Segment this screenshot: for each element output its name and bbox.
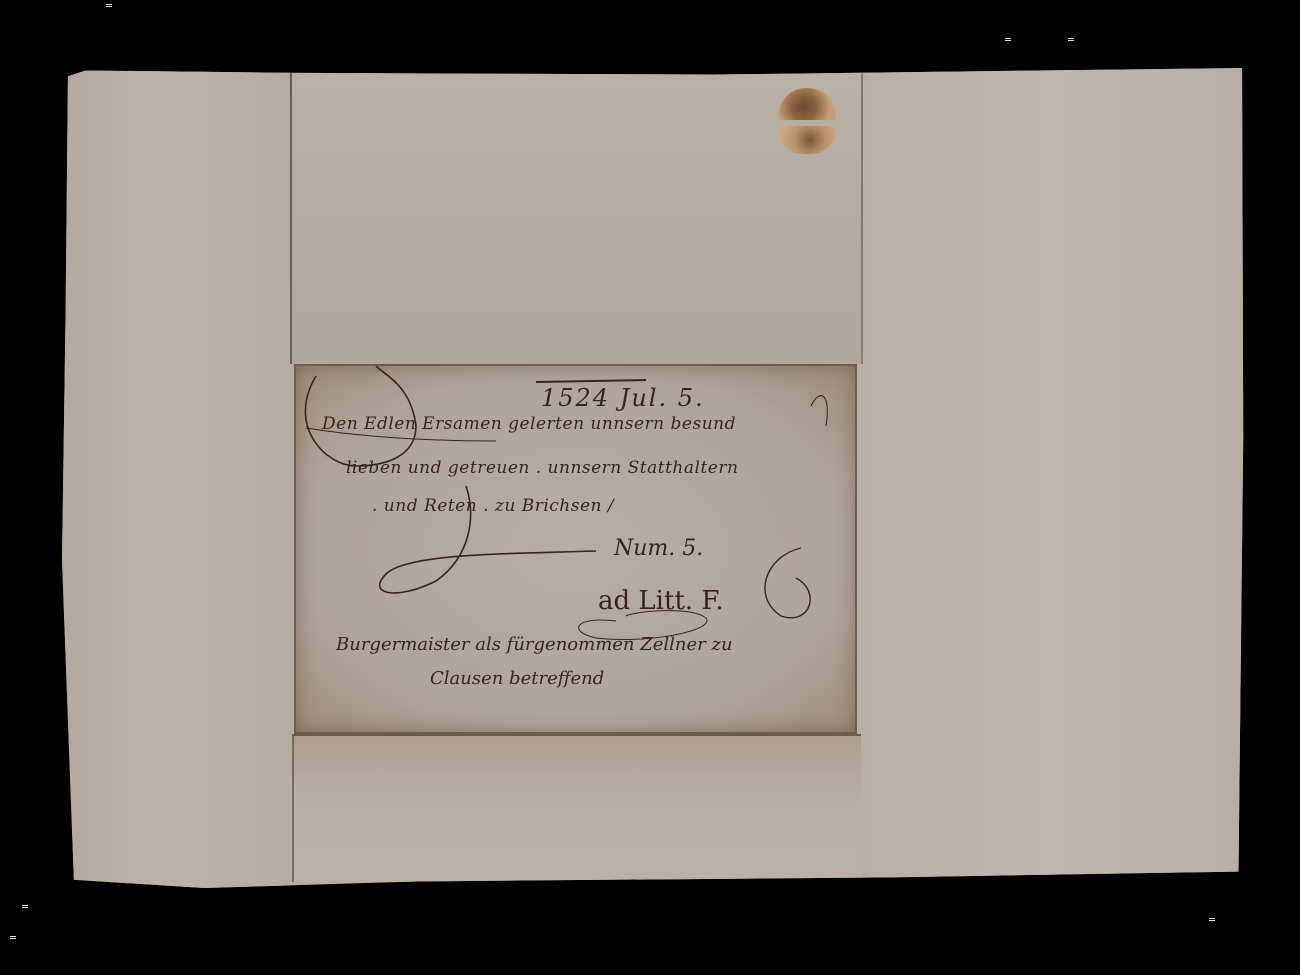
scan-artifact [1005, 38, 1011, 42]
bottom-fold-panel [292, 734, 861, 882]
address-line-2: lieben und getreuen . unnsern Statthalte… [346, 458, 738, 478]
address-line-1: Den Edlen Ersamen gelerten unnsern besun… [322, 414, 736, 434]
endorsement-line-2: Clausen betreffend [430, 668, 604, 689]
date-note: 1524 Jul. 5. [541, 384, 705, 412]
letter-sheet: 1524 Jul. 5. Den Edlen Ersamen gelerten … [62, 68, 1248, 888]
address-panel: 1524 Jul. 5. Den Edlen Ersamen gelerten … [294, 364, 857, 734]
scan-artifact [10, 936, 16, 940]
right-fold-panel [859, 68, 1248, 888]
archive-reference: ad Litt. F. [598, 586, 724, 616]
top-fold-panel [290, 72, 863, 364]
left-fold-panel [62, 68, 290, 888]
archive-number: Num. 5. [614, 536, 703, 561]
wax-seal-icon [770, 86, 850, 156]
scan-artifact [22, 905, 28, 909]
scan-artifact [106, 4, 112, 8]
endorsement-line-1: Burgermaister als fürgenommen Zellner zu [336, 634, 733, 655]
address-line-3: . und Reten . zu Brichsen / [372, 496, 614, 516]
scan-artifact [1068, 38, 1074, 42]
scan-artifact [1209, 918, 1215, 922]
